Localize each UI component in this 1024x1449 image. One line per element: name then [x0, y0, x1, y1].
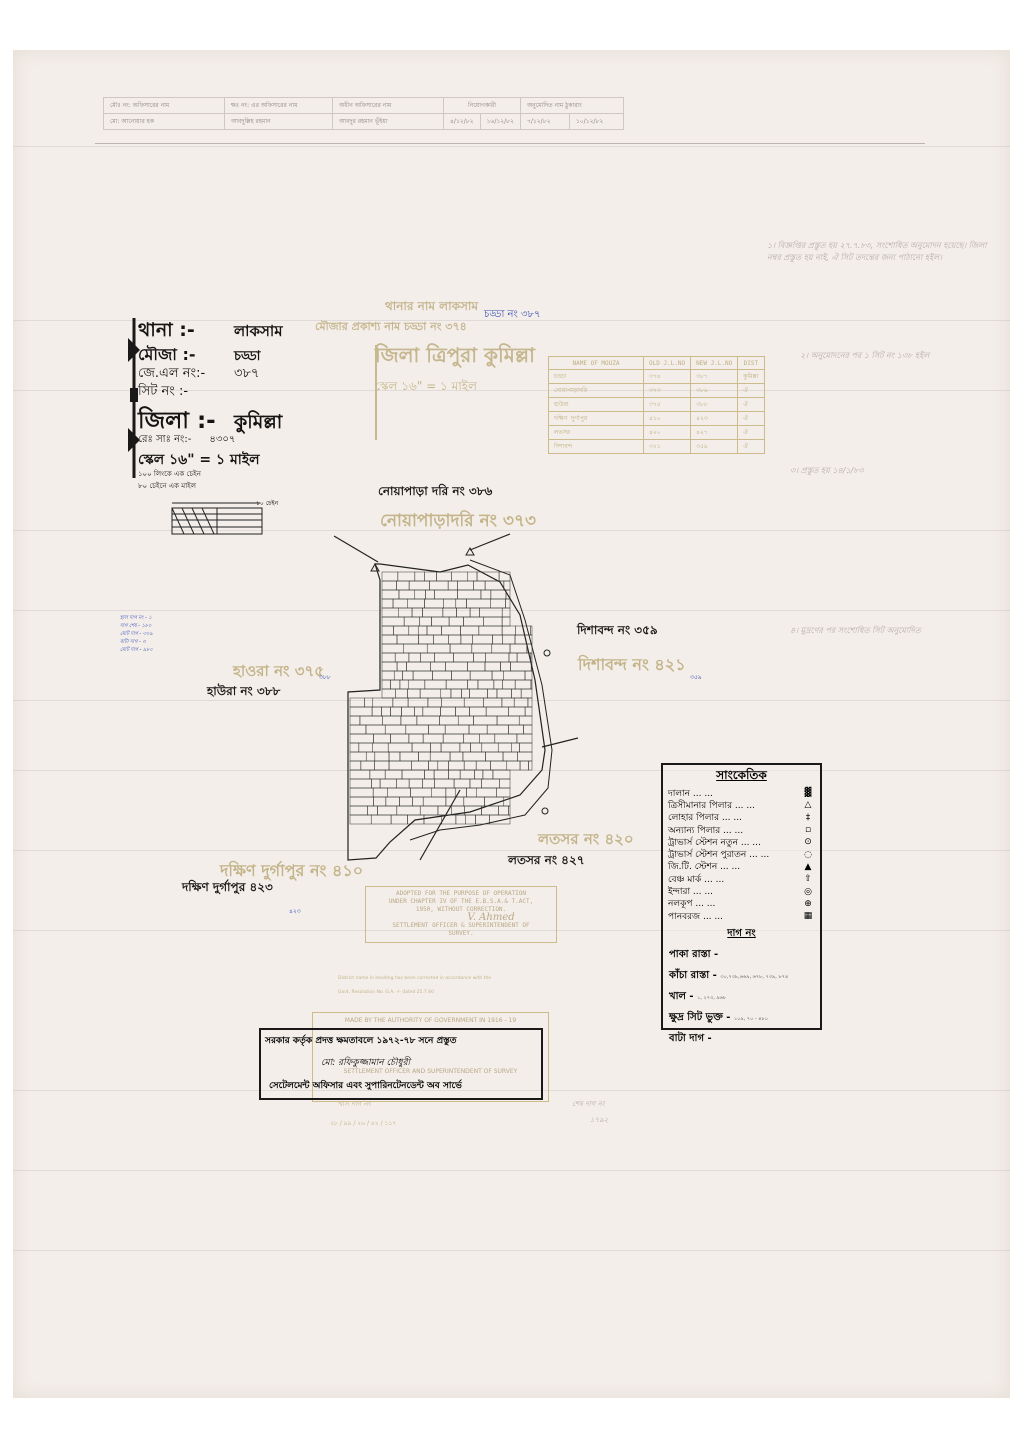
mouza-table-row: দিশাবন্দ৩২১৩৫৯ঐ: [549, 440, 765, 454]
stamp-line: 1950, WITHOUT CORRECTION.: [366, 906, 556, 914]
reg-cell: আবদুর রহমান ভূঁইয়া: [333, 114, 444, 130]
legend-symbol-icon: ▦: [801, 911, 815, 921]
reg-cell: মৌঃ নং: অফিসারের নাম: [104, 98, 225, 114]
reg-cell: মো: আনোয়ার হক: [104, 114, 225, 130]
scale-bar-end-label: ১০ চেইন: [256, 498, 278, 509]
mouza-cell: নোয়াপাড়াদরি: [549, 384, 644, 398]
old-scale: স্কেল ১৬" = ১ মাইল: [375, 378, 535, 398]
mouza-cell: ৩৭৫: [644, 398, 691, 412]
mouza-cell: কুমিল্লা: [738, 370, 764, 384]
dag-row: বাটা দাগ -: [663, 1029, 820, 1050]
mouza-cell: লতসর: [549, 426, 644, 440]
village-map: [320, 520, 580, 870]
gov-line-1: সরকার কর্তৃক প্রদত্ত ক্ষমতাবলে ১৯৭২-৭৮ স…: [261, 1030, 541, 1051]
title-block: থানা :- লাকসাম মৌজা :- চড্ডা জে.এল নং:- …: [138, 316, 283, 492]
dag-values: ৩০,৭৩৮,৬৬৯, ৬৭৮, ৭৩৯, ৮৭৪: [720, 974, 788, 980]
reg-cell: নিয়োগকারী: [444, 98, 521, 114]
shesh-value: ১৭৯২: [590, 1114, 608, 1126]
mouza-table-row: চড্ডা৩৭৪৩৮৭কুমিল্লা: [549, 370, 765, 384]
mouza-cell: ঐ: [738, 398, 764, 412]
district-note-line2: Govt. Resolution No. G.A. -/- dated 25.7…: [338, 990, 434, 995]
dag-values: ১০৯, ৭০ - ৪৮০: [734, 1016, 768, 1022]
boundary-west-old: হাওরা নং ৩৭৫: [233, 660, 324, 685]
old-district-line: জিলা ত্রিপুরা কুমিল্লা: [375, 341, 535, 374]
mouza-cell: ৩৭৪: [644, 370, 691, 384]
reg-value: ৪৩০৭: [209, 432, 235, 449]
old-bracket: [375, 345, 377, 440]
mouza-cell: ৪২০: [644, 426, 691, 440]
dag-title: দাগ নং: [663, 926, 820, 943]
mouza-cell: ৩৮৮: [691, 398, 738, 412]
mouza-cell: চড্ডা: [549, 370, 644, 384]
col-header: OLD J.L.NO: [644, 357, 691, 370]
dag-row: ক্ষুদ্র সিট ভুক্ত - ১০৯, ৭০ - ৪৮০: [663, 1008, 820, 1029]
dag-row: খাল - ১, ২৭৩, ৯৬৮: [663, 987, 820, 1008]
stamp-line: UNDER CHAPTER IV OF THE E.B.S.A.& T.ACT,: [366, 898, 556, 906]
handwritten-note-4: ৪। মুদ্রণের পর সংশোধিত সিট অনুমোদিত: [790, 625, 1000, 637]
khas-heading: খাস দাগ নং: [338, 1098, 371, 1110]
mouza-cell: ৩৫৯: [691, 440, 738, 454]
mouza-cell: ঐ: [738, 412, 764, 426]
handwritten-note-1: ১। বিজ্ঞপ্তির প্রস্তুত হয় ২৭.৭.৮৩, সংশো…: [767, 240, 997, 264]
boundary-east: দিশাবন্দ নং ৩৫৯: [577, 622, 658, 642]
legend-symbol-icon: ▫: [801, 825, 815, 835]
blue-tally-notes: হাল দাগ নং - ১দাগ শেষ - ১৮০মোট দাগ - ৩০৯…: [120, 614, 153, 654]
legend-symbol-icon: ‡: [801, 813, 815, 823]
handwritten-note-3: ৩। প্রস্তুত হয় ১৪/১/৮৩: [790, 465, 1000, 477]
old-gov-heading: MADE BY THE AUTHORITY OF GOVERNMENT IN 1…: [313, 1017, 548, 1024]
blue-note: মোট দাগ - ৩০৯: [120, 630, 153, 638]
mouza-table: NAME OF MOUZA OLD J.L.NO NEW J.L.NO DIST…: [548, 356, 765, 454]
mouza-cell: ৩৮৭: [691, 370, 738, 384]
mouza-cell: ৩২১: [644, 440, 691, 454]
chain-note-2: ৮০ চেইনে এক মাইল: [138, 480, 283, 492]
legend-symbol-icon: ⊙: [801, 837, 815, 847]
mouza-cell: ৪১০: [644, 412, 691, 426]
boundary-east-blue: ৩৫৯: [690, 672, 702, 683]
thana-value: লাকসাম: [234, 320, 283, 345]
mouza-cell: ৪২৭: [691, 426, 738, 440]
gov-signature: মো: রফিকুজ্জামান চৌধুরী: [261, 1051, 541, 1074]
blue-note: মোট দাগ - ৯৮০: [120, 646, 153, 654]
header-rule: [95, 143, 925, 144]
col-header: NEW J.L.NO: [691, 357, 738, 370]
stamp-signature: V. Ahmed: [366, 914, 556, 922]
dag-row: কাঁচা রাস্তা - ৩০,৭৩৮,৬৬৯, ৬৭৮, ৭৩৯, ৮৭৪: [663, 966, 820, 987]
boundary-east-old: দিশাবন্দ নং ৪২১: [578, 652, 686, 679]
blue-mouza-annotation: চড্ডা নং ৩৮৭: [484, 307, 540, 324]
reg-cell: ৪/১২/৮২: [444, 114, 481, 130]
mouza-cell: ঐ: [738, 440, 764, 454]
boundary-southeast-old: লতসর নং ৪২০: [538, 828, 634, 853]
reg-cell: ১০/১২/৮২: [569, 114, 623, 130]
mouza-table-row: হাউরা৩৭৫৩৮৮ঐ: [549, 398, 765, 412]
legend-symbol-icon: ⇧: [801, 874, 815, 884]
boundary-west-blue: ৩৮৮: [319, 672, 331, 683]
legend-symbol-icon: ▓: [801, 788, 815, 798]
stamp-line: SURVEY.: [366, 930, 556, 938]
legend-symbol-icon: ▲: [801, 862, 815, 872]
boundary-north: নোয়াপাড়া দরি নং ৩৮৬: [378, 483, 492, 503]
jl-value: ৩৮৭: [234, 364, 259, 385]
stamp-line: SETTLEMENT OFFICER & SUPERINTENDENT OF: [366, 922, 556, 930]
mouza-table-row: দক্ষিণ দুর্গাপুর৪১০৪২৩ঐ: [549, 412, 765, 426]
blue-note: বাটা দাগ - ৩: [120, 638, 153, 646]
reg-cell: অধীন অফিসারের নাম: [333, 98, 444, 114]
mouza-table-row: লতসর৪২০৪২৭ঐ: [549, 426, 765, 440]
blue-note: হাল দাগ নং - ১: [120, 614, 153, 622]
col-header: DIST: [738, 357, 764, 370]
legend-symbol-icon: △: [801, 800, 815, 810]
legend-symbol-icon: ◎: [801, 887, 815, 897]
district-value: কুমিল্লা: [234, 408, 282, 440]
mouza-cell: ঐ: [738, 426, 764, 440]
legend-title: সাংকেতিক: [663, 765, 820, 787]
blue-note: দাগ শেষ - ১৮০: [120, 622, 153, 630]
reg-cell: ক্ষঃ নং: এর অফিসারের নাম: [225, 98, 333, 114]
legend-box: সাংকেতিক দালান ... ...▓ত্রিসীমানার পিলার…: [661, 763, 822, 1030]
gov-line-3: সেটেলমেন্ট অফিসার এবং সুপারিনটেনডেন্ট অব…: [261, 1074, 541, 1097]
district-note-line1: District name in heading has been correc…: [338, 976, 491, 981]
mouza-cell: হাউরা: [549, 398, 644, 412]
reg-cell: অনুমোদিত নাম ঠুকারাং: [520, 98, 623, 114]
boundary-southwest: দক্ষিণ দুর্গাপুর ৪২৩: [182, 879, 273, 899]
mouza-cell: দিশাবন্দ: [549, 440, 644, 454]
mouza-cell: ঐ: [738, 384, 764, 398]
legend-item: পানবরজ ... ...▦: [663, 910, 820, 922]
government-box: সরকার কর্তৃক প্রদত্ত ক্ষমতাবলে ১৯৭২-৭৮ স…: [259, 1028, 543, 1100]
stamp-line: ADOPTED FOR THE PURPOSE OF OPERATION: [366, 890, 556, 898]
register-header-table: মৌঃ নং: অফিসারের নাম ক্ষঃ নং: এর অফিসারে…: [103, 97, 624, 130]
dag-values: ১, ২৭৩, ৯৬৮: [697, 995, 726, 1001]
sheet-label: সিট নং :-: [138, 382, 216, 403]
mouza-cell: ৩৮৬: [691, 384, 738, 398]
legend-symbol-icon: ⊕: [801, 899, 815, 909]
reg-label: রেঃ সাঃ নং:-: [138, 432, 191, 449]
col-header: NAME OF MOUZA: [549, 357, 644, 370]
reg-cell: ৭/১২/৮২: [520, 114, 569, 130]
boundary-southwest-blue: ৪২৩: [289, 906, 301, 917]
mouza-cell: দক্ষিণ দুর্গাপুর: [549, 412, 644, 426]
legend-symbol-icon: ◌: [801, 850, 815, 860]
boundary-southeast: লতসর নং ৪২৭: [508, 852, 585, 872]
shesh-heading: শেষ দাগ নং: [572, 1098, 605, 1110]
khas-values: ২৮ / ৯৯ / ২৬ / ৪২ / ১১৭: [330, 1118, 396, 1129]
boundary-north-old: নোয়াপাড়াদরি নং ৩৭৩: [380, 508, 536, 536]
mouza-table-row: নোয়াপাড়াদরি৩৭৩৩৮৬ঐ: [549, 384, 765, 398]
mouza-cell: ৪২৩: [691, 412, 738, 426]
adoption-stamp: ADOPTED FOR THE PURPOSE OF OPERATION UND…: [365, 886, 557, 943]
dag-row: পাকা রাস্তা -: [663, 945, 820, 966]
mouza-cell: ৩৭৩: [644, 384, 691, 398]
handwritten-note-2: ২। অনুমোদনের পর ১ সিট নং ১৩৮ হইল: [800, 350, 1000, 362]
legend-label: পানবরজ ... ...: [668, 909, 723, 924]
boundary-west: হাউরা নং ৩৮৮: [207, 683, 280, 703]
reg-cell: আবদুল্লিহ রহমান: [225, 114, 333, 130]
reg-cell: ১৬/১২/৮২: [480, 114, 520, 130]
